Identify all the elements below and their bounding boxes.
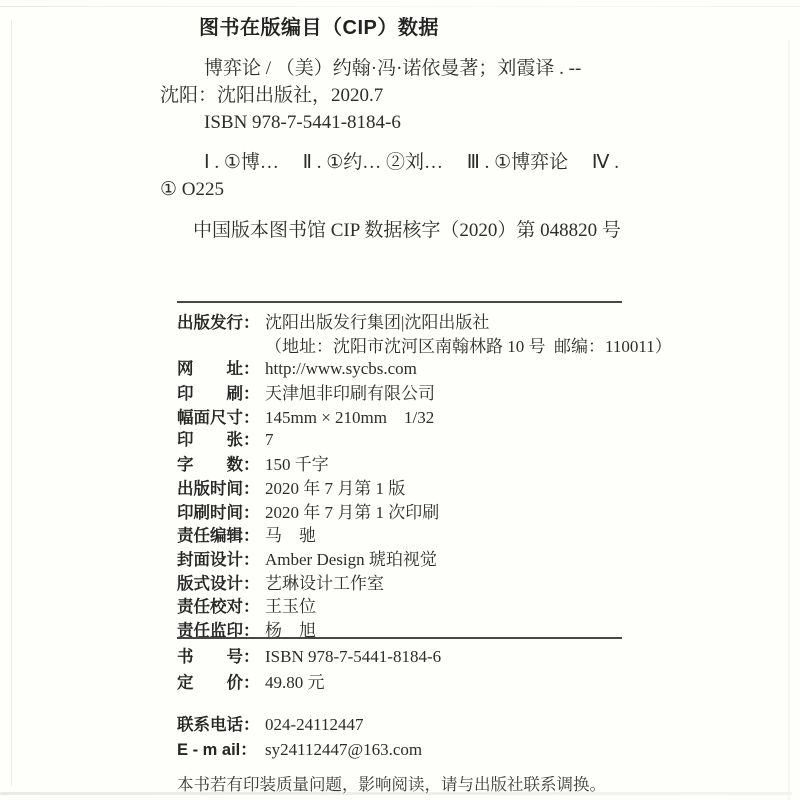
cip-registry-line: 中国版本图书馆 CIP 数据核字（2020）第 048820 号	[193, 219, 621, 243]
info-row: 出版发行： 沈阳出版发行集团|沈阳出版社	[177, 308, 647, 332]
info-row-value: ISBN 978-7-5441-8184-6	[265, 647, 441, 667]
info-row-label: E - m ail：	[177, 736, 265, 760]
info-row: 网 址： http://www.sycbs.com	[177, 355, 647, 379]
info-row: E - m ail： sy24112447@163.com	[177, 736, 647, 761]
divider-rule-bottom	[177, 637, 622, 639]
cip-publisher-line: 沈阳：沈阳出版社，2020.7	[160, 84, 383, 108]
page-edge-top	[0, 6, 800, 7]
info-row: 责任编辑： 马 驰	[177, 521, 647, 545]
info-row-value: 艺琳设计工作室	[265, 569, 384, 594]
info-row: 版式设计： 艺琳设计工作室	[177, 569, 647, 593]
info-row-value: 2020 年 7 月第 1 版	[265, 474, 405, 499]
info-row-label: 字 数：	[177, 451, 265, 475]
info-row: 封面设计： Amber Design 琥珀视觉	[177, 545, 647, 569]
info-row-value: （地址：沈阳市沈河区南翰林路 10 号 邮编：110011）	[265, 332, 672, 357]
divider-rule-top	[177, 301, 622, 303]
info-row-label: 联系电话：	[177, 711, 265, 735]
info-row-value: 145mm × 210mm 1/32	[265, 403, 434, 428]
info-row-label: 出版发行：	[177, 309, 265, 333]
quality-note: 本书若有印装质量问题，影响阅读，请与出版社联系调换。	[177, 771, 606, 795]
info-row-label: 责任编辑：	[177, 522, 265, 546]
info-row-value: http://www.sycbs.com	[265, 359, 417, 379]
info-row-value: sy24112447@163.com	[265, 740, 422, 760]
cip-header: 图书在版编目（CIP）数据	[199, 11, 439, 40]
info-row-label: 印 张：	[177, 426, 265, 450]
info-row: 字 数： 150 千字	[177, 450, 647, 474]
page-edge-left	[11, 20, 12, 786]
info-row-label: 幅面尺寸：	[177, 404, 265, 428]
info-row: （地址：沈阳市沈河区南翰林路 10 号 邮编：110011）	[177, 332, 647, 356]
info-row: 印 张： 7	[177, 426, 647, 450]
info-row-label: 网 址：	[177, 355, 265, 379]
publication-info-list: 出版发行： 沈阳出版发行集团|沈阳出版社 （地址：沈阳市沈河区南翰林路 10 号…	[177, 308, 647, 640]
info-row: 责任校对： 王玉位	[177, 592, 647, 616]
info-row-label: 版式设计：	[177, 570, 265, 594]
info-row-value: 沈阳出版发行集团|沈阳出版社	[265, 308, 489, 333]
info-row-value: 150 千字	[265, 450, 329, 475]
info-row-value: 024-24112447	[265, 715, 364, 735]
info-row-label: 书 号：	[177, 643, 265, 667]
info-row: 定 价： 49.80 元	[177, 668, 647, 693]
info-row: 书 号： ISBN 978-7-5441-8184-6	[177, 643, 647, 668]
cip-class-code-line: ① O225	[160, 178, 224, 202]
info-row: 幅面尺寸： 145mm × 210mm 1/32	[177, 403, 647, 427]
page-edge-right	[788, 40, 790, 800]
info-row-value: 49.80 元	[265, 668, 325, 693]
info-row-value: Amber Design 琥珀视觉	[265, 545, 437, 570]
info-row-label: 定 价：	[177, 669, 265, 693]
info-row-value: 王玉位	[265, 592, 316, 617]
cip-classification-line: Ⅰ . ①博… Ⅱ . ①约… ②刘… Ⅲ . ①博弈论 Ⅳ .	[204, 151, 619, 175]
info-row: 印刷时间： 2020 年 7 月第 1 次印刷	[177, 498, 647, 522]
book-copyright-page: 图书在版编目（CIP）数据 博弈论 / （美）约翰·冯·诺依曼著；刘霞译 . -…	[0, 0, 800, 800]
info-row-label: 责任校对：	[177, 593, 265, 617]
info-row-value: 7	[265, 430, 274, 450]
info-row-label: 印 刷：	[177, 380, 265, 404]
cip-isbn-line: ISBN 978-7-5441-8184-6	[204, 111, 401, 135]
info-row-value: 2020 年 7 月第 1 次印刷	[265, 498, 439, 523]
info-row-value: 马 驰	[265, 521, 316, 546]
info-row-value: 天津旭非印刷有限公司	[265, 379, 435, 404]
info-row-label: 印刷时间：	[177, 499, 265, 523]
info-row-label: 出版时间：	[177, 475, 265, 499]
info-row-label: 封面设计：	[177, 546, 265, 570]
isbn-price-list: 书 号： ISBN 978-7-5441-8184-6 定 价： 49.80 元	[177, 643, 647, 692]
contact-list: 联系电话： 024-24112447 E - m ail： sy24112447…	[177, 711, 647, 760]
cip-title-line: 博弈论 / （美）约翰·冯·诺依曼著；刘霞译 . --	[204, 57, 581, 81]
info-row: 印 刷： 天津旭非印刷有限公司	[177, 379, 647, 403]
info-row: 联系电话： 024-24112447	[177, 711, 647, 736]
info-row: 出版时间： 2020 年 7 月第 1 版	[177, 474, 647, 498]
